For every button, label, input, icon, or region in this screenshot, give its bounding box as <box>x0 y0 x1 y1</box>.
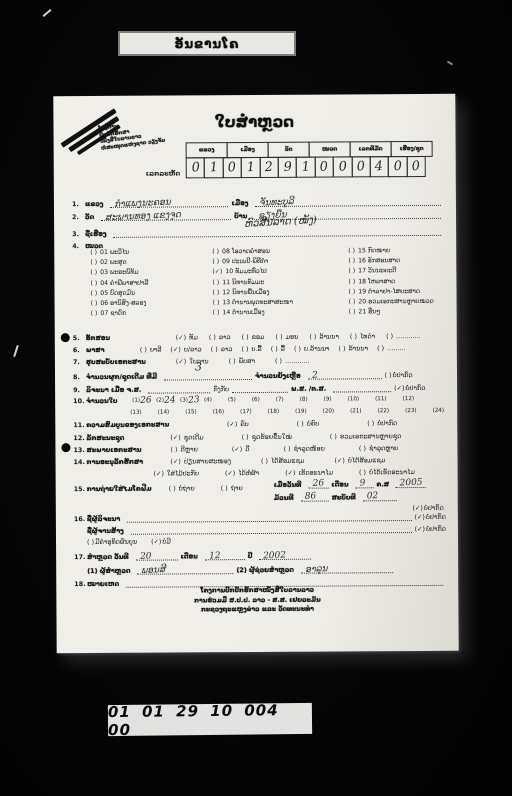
checkbox: ( ) <box>213 299 220 306</box>
scribe-name-label: ຊື່ຜູ້ຈານສ້າງ <box>87 527 124 535</box>
year-era-label: ຄ.ສ <box>376 480 389 488</box>
field-microfilm: 15. ການຖ່າຍໃສ່ໄມໂຄຟີມ ( ) ບໍ່ຖ່າຍ( ) ຖ່າ… <box>74 484 294 493</box>
category-option-label: 15 ກົດໝາຍ <box>358 247 390 254</box>
category-option-label: 11 ນິທານທັມມະ <box>222 279 264 286</box>
checkbox: ( ) <box>221 484 228 492</box>
leaf-count-slot: (21) <box>350 407 375 415</box>
conservation-option-label: ໄດ້ຫໍ່ຜ້າ <box>238 469 259 477</box>
completeness-option-label: ຄົບ <box>240 420 248 428</box>
category-option: ( ) 16 ອັກສອນສາດ <box>348 257 433 265</box>
vat-label: ວັດ <box>85 213 94 221</box>
language-option: ( ) ບ.ລ້ານນາ <box>294 345 330 353</box>
assistant-surveyor-label: (2) ຜູ້ຊ່ວຍສຳຫຼວດ <box>236 566 293 574</box>
language-option: ( ) ລື້ <box>271 345 285 353</box>
category-option: ( ) 08 ໂອວາດຄຳສອນ <box>212 248 292 255</box>
checkbox: ( ) <box>242 433 249 441</box>
set-type-option-label: ຊຸດຮ້ອຍຂຶ້ນໃໝ່ <box>252 433 292 441</box>
code-column-header: ແຂວງ <box>186 142 228 158</box>
checkbox: ( ) <box>348 247 355 254</box>
category-option-label: 05 ບົດສູດມົນ <box>100 289 135 296</box>
code-column-header: ວັດ <box>268 142 310 158</box>
completeness-option: (✓) ຄົບ <box>227 420 249 428</box>
category-option: ( ) 12 ນິທານພື້ນເມືອງ <box>212 289 292 296</box>
province-label: ແຂວງ <box>85 200 104 208</box>
reel-label: ມ້ວນທີ <box>274 494 294 502</box>
language-option-label: ບ.ລື້ <box>251 345 261 353</box>
survey-year-label: ປີ <box>248 552 253 560</box>
item-number: 2. <box>72 213 85 221</box>
category-option: ( ) 14 ຕຳນານເມືອງ <box>213 309 293 316</box>
handwritten-leaf-count <box>332 403 345 404</box>
checkbox: ( ) <box>338 344 345 352</box>
category-option: ( ) 09 ປະເພນີ-ພິທີກຳ <box>212 258 292 265</box>
conservation-options-1: (✓) ປ່ຽນສາຍສະໜອງ( ) ໄດ້ສ້ອມແຊມ(✓) ບໍ່ໄດ້… <box>171 456 416 465</box>
checkbox: ( ) <box>348 268 355 275</box>
conservation-option-label: ໄດ້ສ້ອມແຊມ <box>271 457 305 465</box>
leaf-count-empty <box>169 416 182 417</box>
assistant-surveyor-blank: ອາລຸນ <box>301 564 393 574</box>
condition-options: ( ) ດີຫຼາຍ(✓) ດີ( ) ຊຳລຸດໜ້ອຍ( ) ຊຳລຸດຫຼ… <box>170 444 432 454</box>
checkbox: ( ) <box>241 345 248 353</box>
checkbox: ( ) <box>348 288 355 295</box>
leaf-count-slot: (17) <box>240 408 265 416</box>
handwritten-digit: 0 <box>356 159 365 175</box>
leaf-count-slot: (1)26 <box>132 397 153 405</box>
not-indicated-label: ບໍ່ປາກົດ <box>426 513 446 521</box>
not-indicated-label: ບໍ່ປາກົດ <box>424 504 444 512</box>
leaf-count-slot: (24) <box>433 407 458 415</box>
checkbox: (✓) <box>285 469 295 477</box>
checkbox: ( ) <box>261 457 268 465</box>
leaf-count-empty <box>197 416 210 417</box>
code-number-label: ເລກລະຫັດ <box>146 169 180 177</box>
leaf-count-slot: (5) <box>228 396 249 404</box>
completeness-option: ( ) ບໍ່ປາກົດ <box>367 419 397 427</box>
leaf-count-slot: (6) <box>252 396 273 404</box>
month-blank: 9 <box>355 479 373 488</box>
checkbox: ( ) <box>377 344 384 352</box>
category-option: ( ) 06 ອານິສົງ-ສລອງ <box>91 300 149 307</box>
code-digit-cell: 0 <box>333 156 353 177</box>
condition-label: ສະພາບເອກະສານ <box>86 446 166 454</box>
film-section-label: ອັນຂານໂຄ <box>118 31 296 56</box>
handwritten-survey-month: 12 <box>209 552 221 560</box>
category-option: ( ) 04 ຄຳພີພາສາປາລີ <box>90 279 148 286</box>
conservation-options-2: (✓) ໃສ່ໄມ້ປະກັບ(✓) ໄດ້ຫໍ່ຜ້າ(✓) ເຮັດອະນາ… <box>154 468 441 478</box>
code-column-header: ໝວດ <box>309 141 351 157</box>
field-completeness: 11. ຄວາມສົມບູນຂອງເອກະສານ (✓) ຄົບ( ) ບໍ່ຄ… <box>73 419 445 429</box>
checkbox: ( ) <box>212 248 219 255</box>
conservation-option-label: ປ່ຽນສາຍສະໜອງ <box>184 457 231 465</box>
leaf-count-slot: (2)24 <box>156 396 177 404</box>
checkbox: ( ) <box>90 249 97 256</box>
slot-index: (13) <box>130 409 142 417</box>
slot-index: (10) <box>348 395 360 403</box>
set-type-option: (✓) ຊຸດເດີມ <box>170 433 203 441</box>
handwritten-leaf-count: 24 <box>164 396 177 405</box>
film-scratch <box>447 61 453 66</box>
film-scratch <box>13 345 19 357</box>
microfilm-option-label: ບໍ່ຖ່າຍ <box>179 484 195 492</box>
copy-label: ສະບັບທີ <box>332 493 356 501</box>
microfilm-options: ( ) ບໍ່ຖ່າຍ( ) ຖ່າຍ <box>169 484 269 493</box>
year-blank: 2005 <box>396 479 426 488</box>
handwritten-digit: 0 <box>393 159 402 175</box>
handwritten-leaf-count: 23 <box>188 396 201 405</box>
language-option-label: ລາວ <box>221 345 233 353</box>
checkbox: ( ) <box>359 468 366 476</box>
conservation-option: ( ) ໄດ້ສ້ອມແຊມ <box>261 457 305 465</box>
language-options: ( ) ບາລີ(✓) ບ/ລາວ( ) ລາວ( ) ບ.ລື້( ) ລື້… <box>140 344 415 354</box>
checkbox: ( ) <box>349 298 356 305</box>
slot-index: (8) <box>300 396 308 404</box>
handwritten-survey-day: 20 <box>139 552 151 560</box>
checkbox: (✓) <box>412 504 422 512</box>
language-option: ( ) ......... <box>377 344 405 352</box>
item-number: 9. <box>73 386 86 394</box>
leaf-count-slot: (13) <box>130 409 155 417</box>
language-option-label: ລ້ານນາ <box>349 344 369 352</box>
checkbox: ( ) <box>90 290 97 297</box>
leaf-count-slot: (19) <box>295 408 320 416</box>
category-option-label: 07 ຊາດົກ <box>100 310 126 317</box>
checkbox: ( ) <box>212 258 219 265</box>
checkbox: ( ) <box>385 371 392 379</box>
language-label: ພາສາ <box>86 346 136 354</box>
leaf-count-slot: (8) <box>300 396 321 404</box>
checkbox: (✓) <box>415 513 425 521</box>
checkbox: (✓) <box>171 457 181 465</box>
handwritten-digit: 0 <box>338 159 347 175</box>
format-label: ຮູບສະບັບເອກະສານ <box>86 358 172 367</box>
film-scratch <box>43 9 52 17</box>
handwritten-province: ກຳແພງນະຄອນ <box>114 199 171 209</box>
handwritten-copy-number: 02 <box>367 491 379 501</box>
none-label: ບໍ່ມີ <box>162 538 171 546</box>
surveyor-blank: ພອນສີ <box>137 565 233 575</box>
checkbox: (✓) <box>232 445 242 453</box>
copy-blank: 02 <box>363 492 397 501</box>
script-option-label: ລາວ <box>219 333 231 341</box>
handwritten-note: ຫົວສີນລາດ (ໝັງ) <box>244 218 444 227</box>
checkbox: ( ) <box>330 433 337 441</box>
language-option: ( ) ບ.ລື້ <box>241 345 261 353</box>
form-title: ໃບສຳຫຼວດ <box>53 112 455 132</box>
category-option: ( ) 13 ຕຳນານພຸດທະສາສະໜາ <box>213 299 293 306</box>
field-fascicle-count: 8. ຈຳນວນຜູກ/ຊຸດເດີມ ທີ່ມີ ຈຳນວນຍັງເຫຼືອ … <box>73 370 445 381</box>
set-type-option: ( ) ຊຸດຮ້ອຍຂຶ້ນໃໝ່ <box>242 433 292 441</box>
author-name-blank <box>127 512 411 523</box>
corresponds-label: ກົງກັບ <box>213 385 229 393</box>
field-leaf-count-2: (13)(14)(15)(16)(17)(18)(19)(20)(21)(22)… <box>130 407 445 417</box>
buddhist-era-label: ພ.ສ. /ຄ.ສ. <box>291 385 326 393</box>
category-option-label: 13 ຕຳນານພຸດທະສາສະໜາ <box>222 299 293 306</box>
microfilm-label: ການຖ່າຍໃສ່ໄມໂຄຟີມ <box>87 485 165 493</box>
leaf-count-slots-1: (1)26(2)24(3)23(4)(5)(6)(7)(8)(9)(10)(11… <box>132 395 430 405</box>
slot-index: (4) <box>204 396 212 404</box>
checkbox: (✓) <box>212 269 222 276</box>
category-option-label: 09 ປະເພນີ-ພິທີກຳ <box>222 258 268 265</box>
conservation-option-label: ໃສ່ໄມ້ປະກັບ <box>167 469 199 477</box>
leaf-count-empty <box>142 416 155 417</box>
checkbox: ( ) <box>91 310 98 317</box>
not-indicated-label: ບໍ່ປາກົດ <box>405 384 425 392</box>
checkbox: ( ) <box>309 333 316 341</box>
checkbox: ( ) <box>213 309 220 316</box>
not-indicated-label: ບໍ່ປາກົດ <box>426 525 446 533</box>
leaf-count-label: ຈຳນວນໃບ <box>86 397 128 405</box>
leaf-count-empty <box>252 416 265 417</box>
scribe-name-blank <box>131 524 412 535</box>
survey-day-blank: 20 <box>136 551 178 560</box>
category-option: ( ) 18 ໂຫລາສາດ <box>348 277 433 285</box>
province-blank: ກຳແພງນະຄອນ <box>110 198 228 208</box>
category-option-label: 20 ຮວມເອກະສານຫຼາຍໝວດ <box>358 298 434 305</box>
field-scribe-name: ຊື່ຜູ້ຈານສ້າງ (✓) ບໍ່ປາກົດ <box>87 524 446 535</box>
script-option-label: ໄທດຳ <box>360 332 375 340</box>
handwritten-leaf-count <box>414 403 427 404</box>
script-option-label: ລ້ານນາ <box>319 332 339 340</box>
code-digit-cell: 0 <box>222 157 242 178</box>
code-digit-cell: 1 <box>241 157 261 178</box>
item-number: 8. <box>73 373 86 381</box>
checkbox: (✓) <box>176 357 186 365</box>
set-type-option-label: ຊຸດເດີມ <box>184 433 204 441</box>
script-options: (✓) ທັມ( ) ລາວ( ) ຂອມ( ) ມອນ( ) ລ້ານນາ( … <box>176 332 421 341</box>
microfilm-not-indicated: (✓) ບໍ່ປາກົດ <box>412 504 443 512</box>
checkbox: ( ) <box>211 345 218 353</box>
footer-line: ກະຊວງຖະແຫຼງຂ່າວ ແລະ ວັດທະນະທຳ <box>56 604 458 616</box>
category-option: ( ) 01 ພະວິໄນ <box>90 249 148 256</box>
handwritten-digit: 4 <box>375 159 384 175</box>
language-option-label: ບາລີ <box>150 346 162 354</box>
category-option-label: 18 ໂຫລາສາດ <box>358 278 395 285</box>
corresponds-blank <box>232 384 288 393</box>
script-option: ( ) ມອນ <box>276 333 299 341</box>
leaf-count-slot: (12) <box>403 395 428 403</box>
field-conservation-2: (✓) ໃສ່ໄມ້ປະກັບ(✓) ໄດ້ຫໍ່ຜ້າ(✓) ເຮັດອະນາ… <box>154 468 446 478</box>
completeness-option-label: ບໍ່ປາກົດ <box>377 419 397 427</box>
handwritten-leaf-count <box>359 403 372 404</box>
language-option: ( ) ລ້ານນາ <box>338 344 368 352</box>
code-column-header: ເມືອງ <box>227 142 269 158</box>
checkbox: (✓) <box>170 345 180 353</box>
field-language: 6. ພາສາ ( ) ບາລີ(✓) ບ/ລາວ( ) ລາວ( ) ບ.ລື… <box>73 344 445 354</box>
fascicle-count-blank <box>164 371 252 381</box>
handwritten-digit: 0 <box>228 160 237 176</box>
slot-index: (19) <box>295 408 307 416</box>
checkbox: (✓) <box>151 538 161 546</box>
category-option-label: 21 ອື່ນໆ <box>358 308 380 315</box>
field-set-type: 12. ລັກສະນະຊຸດ (✓) ຊຸດເດີມ( ) ຊຸດຮ້ອຍຂຶ້… <box>73 432 445 442</box>
slot-index: (7) <box>276 396 284 404</box>
script-option: (✓) ທັມ <box>176 333 198 341</box>
remaining-count-label: ຈຳນວນຍັງເຫຼືອ <box>255 372 301 380</box>
leaf-count-slot: (7) <box>276 396 297 404</box>
leaf-count-empty <box>444 414 457 415</box>
conservation-option-label: ບໍ່ໄດ້ເຮັດອະນາໄມ <box>369 468 415 476</box>
field-conservation: 14. ການອະນຸລັກຮັກສາ (✓) ປ່ຽນສາຍສະໜອງ( ) … <box>74 456 446 466</box>
category-option: ( ) 11 ນິທານທັມມະ <box>212 278 292 285</box>
checkbox: (✓) <box>225 469 235 477</box>
handwritten-digit: 0 <box>411 159 420 175</box>
code-digit-cell: 0 <box>186 157 206 178</box>
handwritten-leaf-count <box>260 404 273 405</box>
set-type-label: ລັກສະນະຊຸດ <box>86 434 166 442</box>
checkbox: ( ) <box>367 419 374 427</box>
checkbox: ( ) <box>284 445 291 453</box>
leaf-count-empty <box>279 415 292 416</box>
checkbox: ( ) <box>90 269 97 276</box>
script-option: ( ) ໄທດຳ <box>350 332 375 340</box>
checkbox: ( ) <box>91 300 98 307</box>
slot-index: (14) <box>158 409 170 417</box>
leaf-count-empty <box>307 415 320 416</box>
script-option-label: ............ <box>396 332 420 340</box>
handwritten-leaf-count: 26 <box>140 396 153 405</box>
item-number: 15. <box>74 485 87 493</box>
category-column-2: ( ) 08 ໂອວາດຄຳສອນ( ) 09 ປະເພນີ-ພິທີກຳ(✓)… <box>212 248 293 320</box>
slot-index: (11) <box>375 395 387 403</box>
slot-index: (12) <box>403 395 415 403</box>
checkbox: (✓) <box>154 470 164 478</box>
checkbox: (✓) <box>415 525 425 533</box>
slot-index: (17) <box>240 408 252 416</box>
set-type-option-label: ຮວມເອກະສານຫຼາຍຊຸດ <box>340 432 402 440</box>
checkbox: (✓) <box>334 456 344 464</box>
slot-index: (16) <box>213 408 225 416</box>
category-option-label: 16 ອັກສອນສາດ <box>358 257 400 264</box>
checkbox: ( ) <box>212 289 219 296</box>
checkbox: (✓) <box>176 333 186 341</box>
leaf-count-slot: (16) <box>213 408 238 416</box>
district-blank: ຈັນທະບູລີ <box>255 197 441 207</box>
handwritten-leaf-count <box>212 404 225 405</box>
checkbox: (✓) <box>170 433 180 441</box>
slot-index: (24) <box>433 407 445 415</box>
handwritten-assistant-name: ອາລຸນ <box>305 565 328 574</box>
field-survey-date: 17. ສຳຫຼວດ ວັນທີ 20 ເດືອນ 12 ປີ 2002 <box>74 550 446 561</box>
checkbox: ( ) <box>90 280 97 287</box>
code-digit-cell: 4 <box>370 156 390 177</box>
completeness-options: (✓) ຄົບ( ) ບໍ່ຄົບ( ) ບໍ່ປາກົດ <box>227 419 445 428</box>
code-digit-cell: 0 <box>314 157 334 178</box>
leaf-count-slots-2: (13)(14)(15)(16)(17)(18)(19)(20)(21)(22)… <box>130 407 460 417</box>
item-number: 6. <box>73 346 86 354</box>
language-option-label: ລື້ <box>281 345 285 353</box>
leaf-count-slot: (15) <box>185 408 210 416</box>
leaf-count-empty <box>389 415 402 416</box>
script-option-label: ມອນ <box>286 333 299 341</box>
handwritten-digit: 1 <box>246 160 255 176</box>
checkbox: ( ) <box>294 345 301 353</box>
condition-option-label: ຊຳລຸດໜ້ອຍ <box>294 445 325 453</box>
condition-option-label: ຊຳລຸດຫຼາຍ <box>369 444 398 452</box>
category-column-3: ( ) 15 ກົດໝາຍ( ) 16 ອັກສອນສາດ( ) 17 ວັນນ… <box>348 247 434 319</box>
leaf-count-slot: (4) <box>204 396 225 404</box>
form-footer: ໂຄງການປົກປັກຮັກສາໜັງສືໃບລານລາວການຮ່ວມມື … <box>56 585 458 616</box>
field-leaf-count: 10. ຈຳນວນໃບ (1)26(2)24(3)23(4)(5)(6)(7)(… <box>73 395 445 405</box>
leaf-count-slot: (20) <box>323 407 348 415</box>
code-digit-cell: 1 <box>204 157 224 178</box>
month-label: ເດືອນ <box>331 480 348 488</box>
survey-form-page: ໂຄງການປົກປັກຮັກສາໜັງສືໃບລານລາວຫໍສະໝຸດແຫ່… <box>53 94 458 653</box>
day-blank: 26 <box>308 480 328 489</box>
not-indicated-label: ບໍ່ປາກົດ <box>393 371 413 379</box>
handwritten-leaf-count <box>284 403 297 404</box>
author-name-label: ຊື່ຜູ້ລິຈະນາ <box>87 515 120 523</box>
condition-option-label: ດີ <box>245 445 249 453</box>
conservation-option: (✓) ໃສ່ໄມ້ປະກັບ <box>154 469 199 477</box>
category-option-label: 01 ພະວິໄນ <box>100 249 129 256</box>
condition-option-label: ດີຫຼາຍ <box>181 445 198 453</box>
leaf-count-slot: (14) <box>158 408 183 416</box>
microfilm-reel-line: ມ້ວນທີ 86 ສະບັບທີ 02 <box>274 492 444 502</box>
item-number: 3. <box>72 230 85 238</box>
category-option-label: 12 ນິທານພື້ນເມືອງ <box>222 289 269 296</box>
microfilm-frame: { "film": { "top_label": "ອັນຂານໂຄ", "bo… <box>0 0 512 796</box>
conservation-option-label: ບໍ່ໄດ້ສ້ອມແຊມ <box>348 456 386 464</box>
slot-index: (3) <box>180 396 188 404</box>
category-option-label: 14 ຕຳນານເມືອງ <box>222 309 264 316</box>
checkbox: ( ) <box>209 333 216 341</box>
checkbox: (✓) <box>394 384 404 392</box>
category-option: ( ) 05 ບົດສູດມົນ <box>90 289 148 296</box>
handwritten-day: 26 <box>312 478 324 488</box>
survey-month-label: ເດືອນ <box>181 552 198 560</box>
field-script: 5. ອັກສອນ (✓) ທັມ( ) ລາວ( ) ຂອມ( ) ມອນ( … <box>73 332 445 342</box>
checkbox: ( ) <box>140 346 147 354</box>
script-label: ອັກສອນ <box>86 334 172 343</box>
handwritten-survey-year: 2002 <box>263 551 286 560</box>
category-option-label: 10 ທັມມະທົ່ວໄປ <box>225 268 266 275</box>
condition-option: ( ) ຊຳລຸດໜ້ອຍ <box>284 445 325 453</box>
field-author-name: 16. ຊື່ຜູ້ລິຈະນາ (✓) ບໍ່ປາກົດ <box>74 512 446 523</box>
category-column-1: ( ) 01 ພະວິໄນ( ) 02 ພະສູດ( ) 03 ພະອະພິທັ… <box>90 249 148 321</box>
leaf-count-empty <box>362 415 375 416</box>
category-option: ( ) 19 ຕຳລາຢາ-ໄສຍະສາດ <box>348 288 433 296</box>
item-number: 1. <box>72 200 85 208</box>
leaf-count-empty <box>417 415 430 416</box>
script-option: ( ) ລາວ <box>209 333 231 341</box>
code-digit-cell: 9 <box>278 157 298 178</box>
checkbox: ( ) <box>90 259 97 266</box>
checkbox: (✓) <box>227 420 237 428</box>
conservation-option: ( ) ບໍ່ໄດ້ເຮັດອະນາໄມ <box>359 468 415 476</box>
survey-date-label: ສຳຫຼວດ ວັນທີ <box>87 553 129 561</box>
code-table: ແຂວງເມືອງວັດໝວດເລກທີມັດເຮື່ອງ/ຊຸດ 010129… <box>187 141 433 179</box>
condition-option: ( ) ດີຫຼາຍ <box>170 445 197 453</box>
completeness-label: ຄວາມສົມບູນຂອງເອກະສານ <box>86 420 223 429</box>
checkbox: ( ) <box>170 445 177 453</box>
vat-blank: ສະພານທອງ ແຂງຈຸດ <box>101 211 231 221</box>
checkbox: ( ) <box>87 538 94 546</box>
handwritten-district: ຈັນທະບູລີ <box>259 198 294 207</box>
leaf-count-empty <box>334 415 347 416</box>
slot-index: (5) <box>228 396 236 404</box>
conservation-option-label: ເຮັດອະນາໄມ <box>299 469 333 477</box>
handwritten-reel-number: 86 <box>304 491 316 501</box>
code-table-digits: 0101291000400 <box>187 157 433 179</box>
checkbox: ( ) <box>386 332 393 340</box>
microfilm-option: ( ) ຖ່າຍ <box>221 484 243 492</box>
checkbox: ( ) <box>169 484 176 492</box>
code-digit-cell: 0 <box>406 156 426 177</box>
checkbox: ( ) <box>297 420 304 428</box>
handwritten-digit: 2 <box>264 160 273 176</box>
language-option-label: ບ.ລ້ານນາ <box>304 345 330 353</box>
text-title-blank <box>113 227 441 238</box>
